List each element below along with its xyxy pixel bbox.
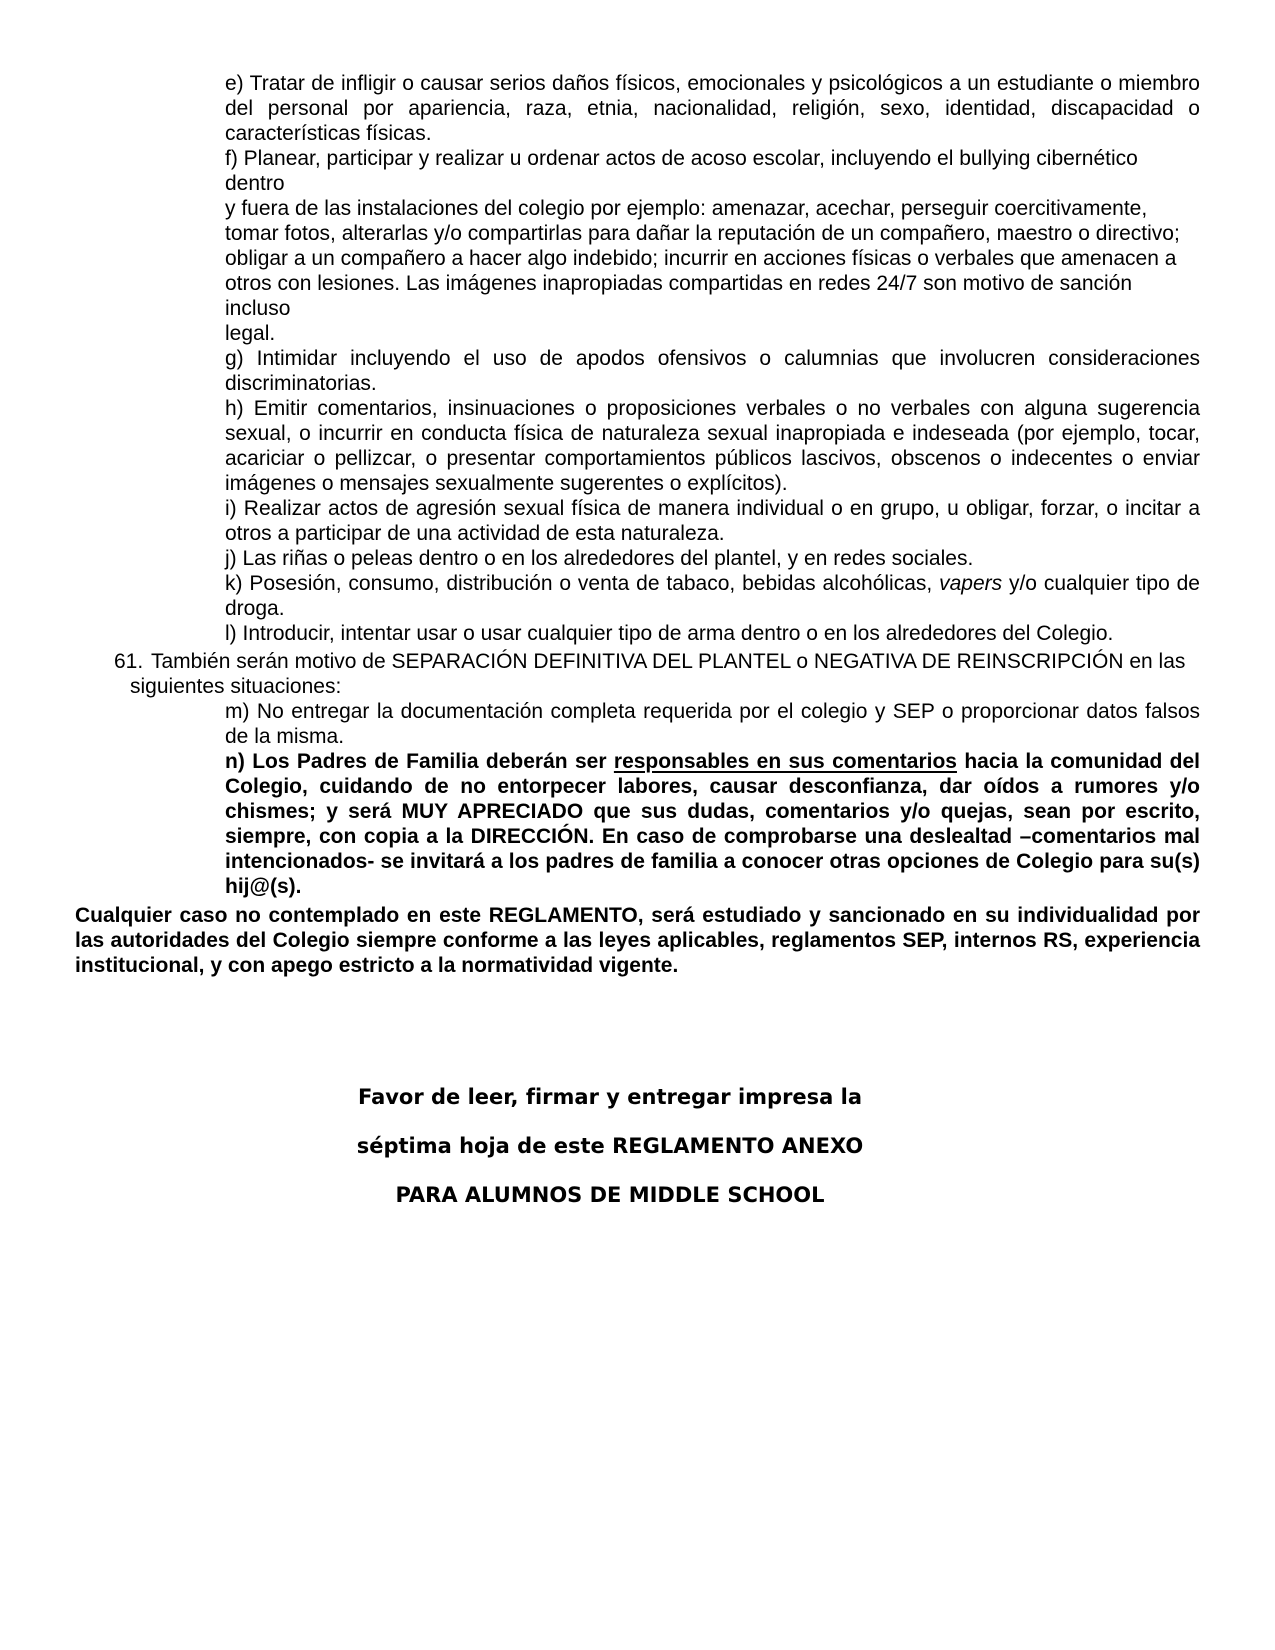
rule-item-k: k) Posesión, consumo, distribución o ven… [225,571,1200,621]
rule-item-g: g) Intimidar incluyendo el uso de apodos… [225,346,1200,396]
footer-line-3: PARA ALUMNOS DE MIDDLE SCHOOL [75,1171,1145,1220]
closing-paragraph: Cualquier caso no contemplado en este RE… [75,903,1200,978]
footer-line-2: séptima hoja de este REGLAMENTO ANEXO [75,1122,1145,1171]
footer-notice: Favor de leer, firmar y entregar impresa… [75,1073,1145,1220]
item-61-number: 61. [114,649,143,674]
rule-item-m: m) No entregar la documentación completa… [225,699,1200,749]
rule-item-n-prefix: n) Los Padres de Familia deberán ser [225,750,614,773]
rules-list: e) Tratar de infligir o causar serios da… [225,71,1200,646]
item-61-subitems: m) No entregar la documentación completa… [225,699,1200,899]
rule-item-h: h) Emitir comentarios, insinuaciones o p… [225,396,1200,496]
footer-line-1: Favor de leer, firmar y entregar impresa… [75,1073,1145,1122]
rule-item-j: j) Las riñas o peleas dentro o en los al… [225,546,1200,571]
numbered-item-61: 61. También serán motivo de SEPARACIÓN D… [130,649,1200,699]
rule-item-i: i) Realizar actos de agresión sexual fís… [225,496,1200,546]
vapers-italic-term: vapers [939,572,1002,595]
rule-item-k-prefix: k) Posesión, consumo, distribución o ven… [225,572,939,595]
rule-item-l: l) Introducir, intentar usar o usar cual… [225,621,1200,646]
underlined-phrase: responsables en sus comentarios [614,750,957,773]
rule-item-e: e) Tratar de infligir o causar serios da… [225,71,1200,146]
rule-item-n: n) Los Padres de Familia deberán ser res… [225,749,1200,899]
document-page: e) Tratar de infligir o causar serios da… [0,0,1275,1650]
item-61-text: También serán motivo de SEPARACIÓN DEFIN… [130,649,1200,699]
rule-item-f: f) Planear, participar y realizar u orde… [225,146,1200,346]
